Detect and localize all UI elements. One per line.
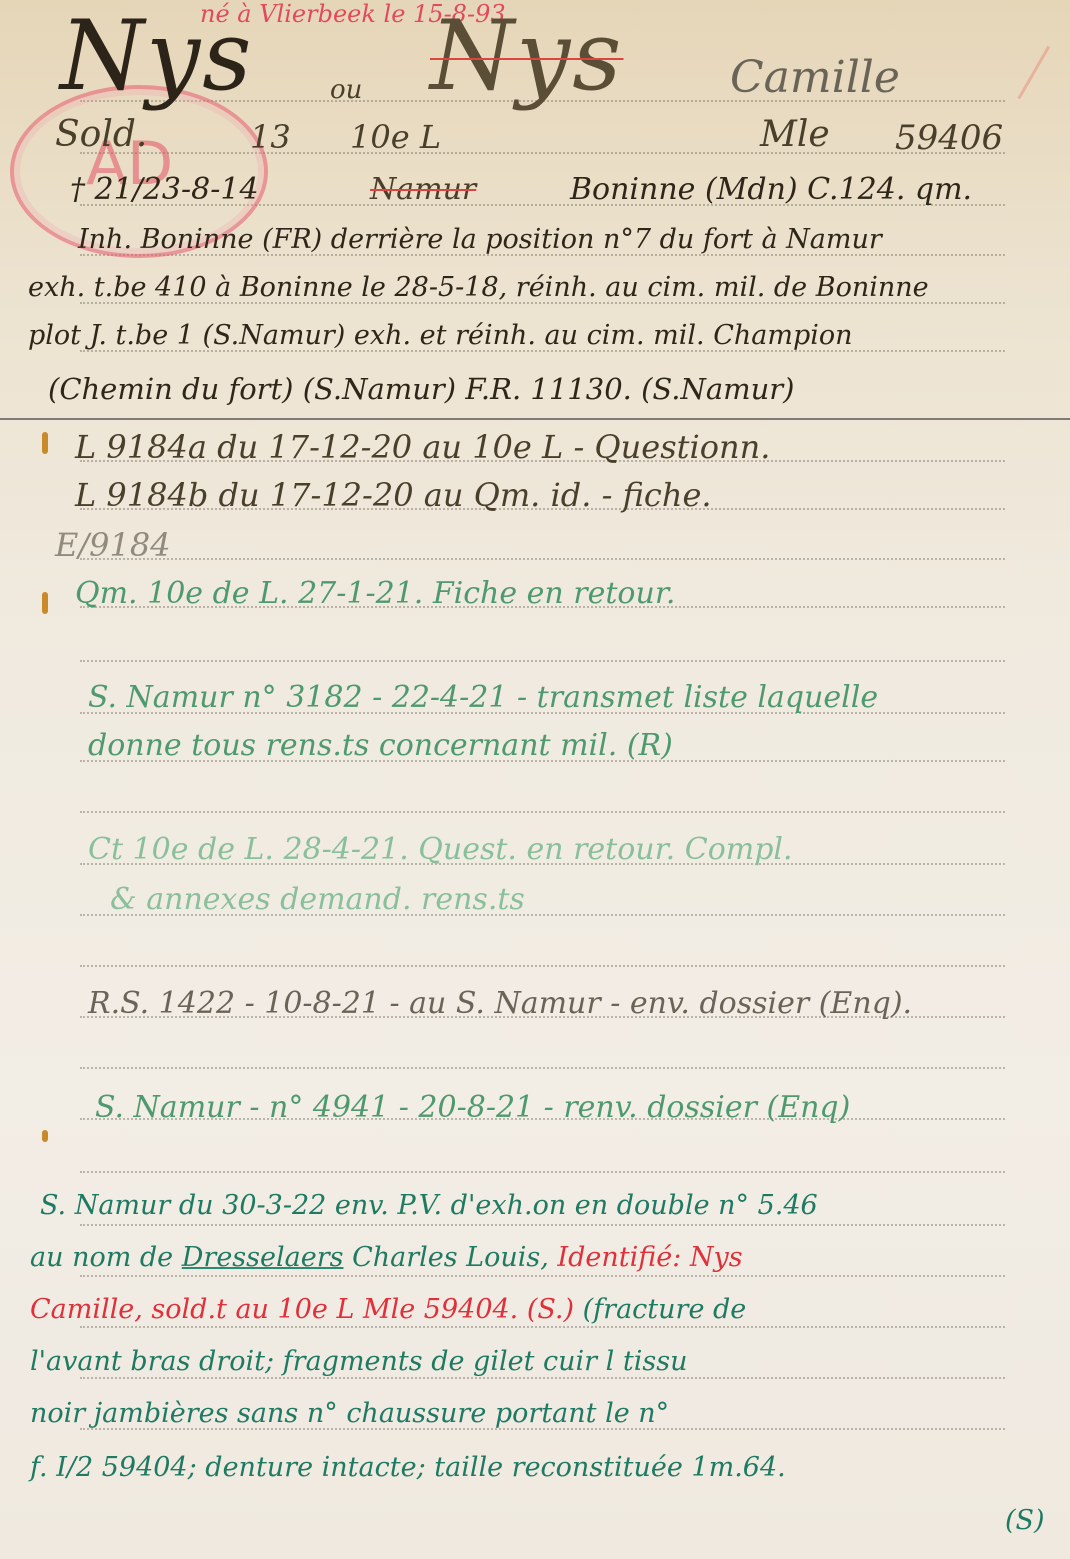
text: (fracture de — [583, 1294, 747, 1325]
company: 13 — [250, 118, 291, 156]
ruled-line — [80, 1326, 1005, 1328]
ruled-line — [80, 811, 1005, 813]
correspondence-entry: S. Namur n° 3182 - 22-4-21 - transmet li… — [88, 680, 878, 715]
surname-connector: ou — [330, 75, 362, 105]
ruled-line — [80, 1377, 1005, 1379]
ruled-line — [80, 965, 1005, 967]
correspondence-entry: S. Namur - n° 4941 - 20-8-21 - renv. dos… — [95, 1090, 850, 1125]
ruled-line — [80, 558, 1005, 560]
correspondence-entry: donne tous rens.ts concernant mil. (R) — [88, 728, 673, 763]
surname-struck: Nys — [430, 0, 624, 112]
corner-pencil-mark — [957, 11, 1050, 99]
margin-mark — [42, 432, 48, 454]
identification-line: S. Namur du 30-3-22 env. P.V. d'exh.on e… — [40, 1190, 818, 1221]
burial-line: (Chemin du fort) (S.Namur) F.R. 11130. (… — [48, 372, 794, 406]
death-place: Boninne (Mdn) C.124. qm. — [570, 172, 972, 207]
burial-line: Inh. Boninne (FR) derrière la position n… — [78, 224, 882, 255]
correspondence-entry: Qm. 10e de L. 27-1-21. Fiche en retour. — [75, 576, 675, 611]
correspondence-entry: L 9184b du 17-12-20 au Qm. id. - fiche. — [75, 476, 712, 514]
ruled-line — [80, 1067, 1005, 1069]
identified-soldier: Camille, sold.t au 10e L Mle 59404. (S.) — [30, 1294, 574, 1325]
death-place-struck: Namur — [370, 172, 476, 207]
identified-name: Dresselaers — [182, 1242, 344, 1273]
surname: Nys — [60, 0, 254, 112]
correspondence-entry: L 9184a du 17-12-20 au 10e L - Questionn… — [75, 428, 770, 466]
identification-line: noir jambières sans n° chaussure portant… — [30, 1398, 669, 1429]
identification-line: f. I/2 59404; denture intacte; taille re… — [30, 1452, 786, 1483]
burial-line: exh. t.be 410 à Boninne le 28-5-18, réin… — [28, 272, 929, 303]
matricule: 59406 — [895, 118, 1003, 158]
ruled-line — [80, 1171, 1005, 1173]
text: au nom de — [30, 1242, 173, 1273]
identification-line: Camille, sold.t au 10e L Mle 59404. (S.)… — [30, 1294, 746, 1325]
identification-line: au nom de Dresselaers Charles Louis, Ide… — [30, 1242, 743, 1273]
margin-mark — [42, 1130, 48, 1142]
correspondence-entry: E/9184 — [55, 526, 171, 564]
identified-label: Identifié: Nys — [557, 1242, 742, 1273]
burial-line: plot J. t.be 1 (S.Namur) exh. et réinh. … — [28, 320, 853, 351]
ruled-line — [80, 660, 1005, 662]
death-date: † 21/23-8-14 — [70, 172, 259, 207]
ruled-line — [80, 1275, 1005, 1277]
given-name: Camille — [730, 52, 900, 103]
matricule-label: Mle — [760, 114, 830, 155]
correspondence-entry: & annexes demand. rens.ts — [110, 882, 525, 917]
ruled-line — [80, 1224, 1005, 1226]
rank: Sold. — [55, 114, 147, 155]
identification-line: l'avant bras droit; fragments de gilet c… — [30, 1346, 687, 1377]
record-card: AD né à Vlierbeek le 15-8-93 Nys ou Nys … — [0, 0, 1070, 1559]
correspondence-entry: Ct 10e de L. 28-4-21. Quest. en retour. … — [88, 832, 793, 867]
identification-line: (S) — [1005, 1505, 1045, 1536]
divider — [0, 418, 1070, 420]
correspondence-entry: R.S. 1422 - 10-8-21 - au S. Namur - env.… — [88, 986, 912, 1021]
margin-mark — [42, 592, 48, 614]
text: Charles Louis, — [352, 1242, 549, 1273]
regiment: 10e L — [350, 118, 441, 156]
